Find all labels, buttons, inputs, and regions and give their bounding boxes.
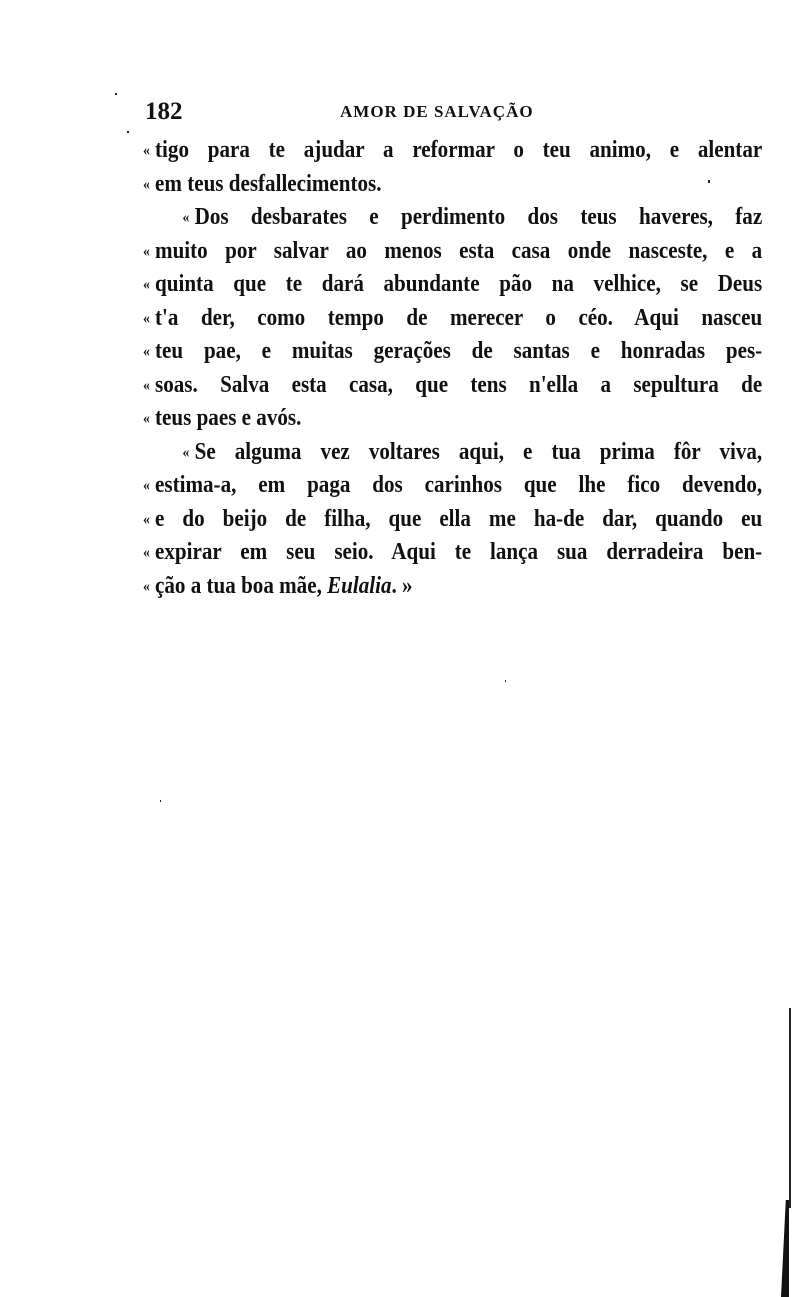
scan-speck [505, 680, 506, 682]
text-line: «e do beijo de filha, que ella me ha-de … [143, 503, 762, 537]
paragraph-start-line: «Dos desbarates e perdimento dos teus ha… [143, 201, 762, 235]
text-line: «tigo para te ajudar a reformar o teu an… [143, 134, 762, 168]
book-page: 182 AMOR DE SALVAÇÃO «tigo para te ajuda… [0, 0, 800, 1297]
text-line: «soas. Salva esta casa, que tens n'ella … [143, 369, 762, 403]
page-edge-mark [789, 1008, 791, 1208]
text-line: «muito por salvar ao menos esta casa ond… [143, 235, 762, 269]
page-number: 182 [145, 98, 183, 126]
scan-speck [115, 93, 117, 95]
text-line: «teu pae, e muitas gerações de santas e … [143, 335, 762, 369]
scan-speck [160, 800, 161, 802]
page-header: 182 AMOR DE SALVAÇÃO [145, 98, 765, 126]
text-line: «estima-a, em paga dos carinhos que lhe … [143, 469, 762, 503]
paragraph-start-line: «Se alguma vez voltares aqui, e tua prim… [143, 436, 762, 470]
text-line: «t'a der, como tempo de merecer o céo. A… [143, 302, 762, 336]
text-line: «ção a tua boa mãe, Eulalia. » [143, 570, 762, 604]
scan-speck [127, 131, 129, 133]
page-edge-mark [781, 1200, 789, 1297]
running-title: AMOR DE SALVAÇÃO [340, 102, 534, 122]
scan-speck [708, 180, 710, 183]
text-line: «expirar em seu seio. Aqui te lança sua … [143, 536, 762, 570]
text-line: «quinta que te dará abundante pão na vel… [143, 268, 762, 302]
text-line: «teus paes e avós. [143, 402, 762, 436]
body-text: «tigo para te ajudar a reformar o teu an… [143, 134, 676, 603]
signature: Eulalia [327, 572, 391, 599]
text-line: «em teus desfallecimentos. [143, 168, 762, 202]
